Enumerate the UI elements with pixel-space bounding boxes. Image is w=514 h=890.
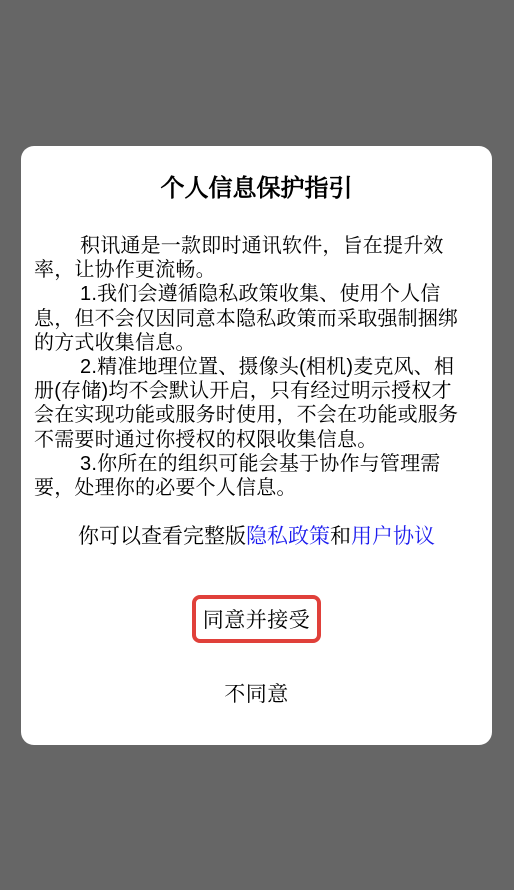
links-line-prefix: 你可以查看完整版 [78,525,246,548]
agree-button[interactable]: 同意并接受 [192,595,321,643]
privacy-policy-link[interactable]: 隐私政策 [246,525,330,548]
privacy-paragraph-2: 2.精准地理位置、摄像头(相机)麦克风、相 册(存储)均不会默认开启，只有经过明… [34,355,481,452]
privacy-paragraph-1: 1.我们会遵循隐私政策收集、使用个人信 息，但不会仅因同意本隐私政策而采取强制捆… [34,282,481,355]
links-line-conjunction: 和 [330,525,351,548]
modal-backdrop: 个人信息保护指引 积讯通是一款即时通讯软件，旨在提升效 率，让协作更流畅。 1.… [0,0,514,890]
disagree-button-row: 不同意 [21,682,492,708]
agree-button-row: 同意并接受 [21,595,492,643]
privacy-paragraph-intro: 积讯通是一款即时通讯软件，旨在提升效 率，让协作更流畅。 [34,234,481,282]
disagree-button[interactable]: 不同意 [224,682,289,708]
full-version-links-line: 你可以查看完整版隐私政策和用户协议 [21,524,492,550]
privacy-paragraph-3: 3.你所在的组织可能会基于协作与管理需 要，处理你的必要个人信息。 [34,452,481,500]
user-agreement-link[interactable]: 用户协议 [351,525,435,548]
privacy-body-text: 积讯通是一款即时通讯软件，旨在提升效 率，让协作更流畅。 1.我们会遵循隐私政策… [34,234,481,500]
dialog-title: 个人信息保护指引 [21,173,492,205]
privacy-guide-dialog: 个人信息保护指引 积讯通是一款即时通讯软件，旨在提升效 率，让协作更流畅。 1.… [21,146,492,745]
